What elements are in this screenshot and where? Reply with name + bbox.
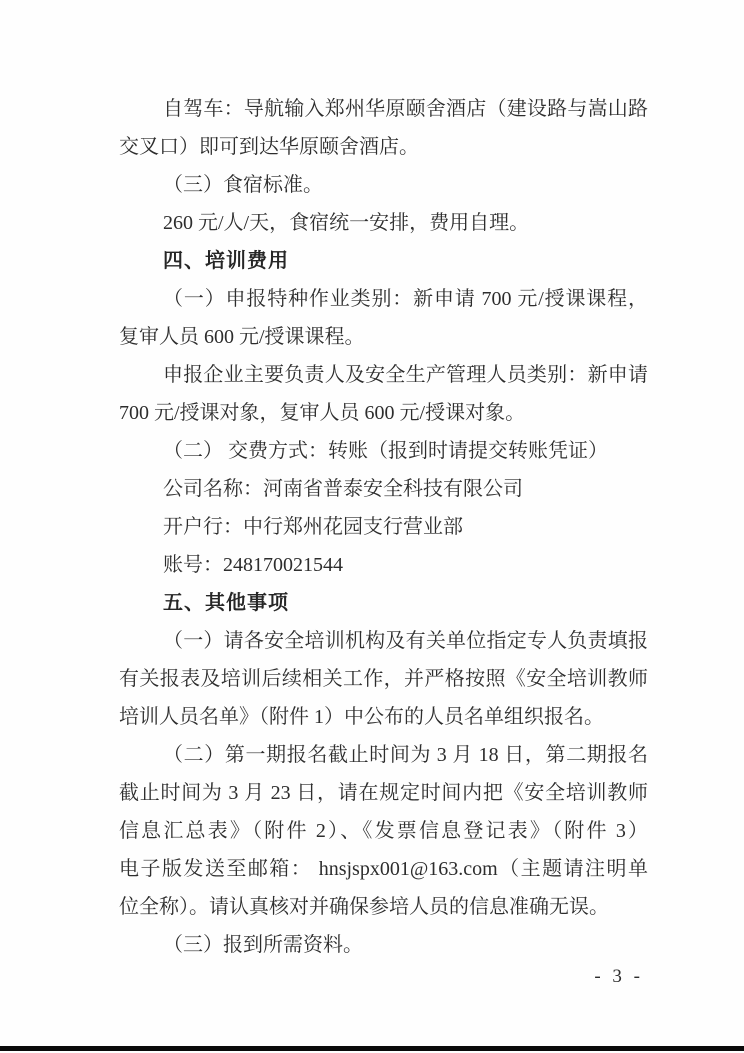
- document-line: 申报企业主要负责人及安全生产管理人员类别：新申请: [119, 356, 648, 394]
- document-line: （二） 交费方式：转账（报到时请提交转账凭证）: [119, 432, 648, 470]
- document-line: 开户行：中行郑州花园支行营业部: [119, 508, 648, 546]
- document-line: 账号：248170021544: [119, 546, 648, 584]
- document-line: 公司名称：河南省普泰安全科技有限公司: [119, 470, 648, 508]
- document-line: 截止时间为 3 月 23 日，请在规定时间内把《安全培训教师: [119, 774, 648, 812]
- document-body: 自驾车：导航输入郑州华原颐舍酒店（建设路与嵩山路交叉口）即可到达华原颐舍酒店。（…: [119, 90, 648, 964]
- scan-edge-bar: [0, 1046, 744, 1051]
- page-number: - 3 -: [594, 964, 640, 990]
- document-line: 电子版发送至邮箱： hnsjspx001@163.com（主题请注明单: [119, 850, 648, 888]
- document-line: （一）请各安全培训机构及有关单位指定专人负责填报: [119, 622, 648, 660]
- document-page: 自驾车：导航输入郑州华原颐舍酒店（建设路与嵩山路交叉口）即可到达华原颐舍酒店。（…: [0, 0, 744, 1053]
- document-line: 四、培训费用: [119, 242, 648, 280]
- document-line: 交叉口）即可到达华原颐舍酒店。: [119, 128, 648, 166]
- document-line: （三）食宿标准。: [119, 166, 648, 204]
- document-line: 五、其他事项: [119, 584, 648, 622]
- document-line: （二）第一期报名截止时间为 3 月 18 日，第二期报名: [119, 736, 648, 774]
- document-line: 自驾车：导航输入郑州华原颐舍酒店（建设路与嵩山路: [119, 90, 648, 128]
- document-line: 260 元/人/天，食宿统一安排，费用自理。: [119, 204, 648, 242]
- document-line: 信息汇总表》（附件 2）、《发票信息登记表》（附件 3）: [119, 812, 648, 850]
- document-line: 复审人员 600 元/授课课程。: [119, 318, 648, 356]
- document-line: （三）报到所需资料。: [119, 926, 648, 964]
- document-line: 有关报表及培训后续相关工作，并严格按照《安全培训教师: [119, 660, 648, 698]
- document-line: 700 元/授课对象，复审人员 600 元/授课对象。: [119, 394, 648, 432]
- document-line: 位全称）。请认真核对并确保参培人员的信息准确无误。: [119, 888, 648, 926]
- document-line: 培训人员名单》（附件 1）中公布的人员名单组织报名。: [119, 698, 648, 736]
- document-line: （一）申报特种作业类别：新申请 700 元/授课课程，: [119, 280, 648, 318]
